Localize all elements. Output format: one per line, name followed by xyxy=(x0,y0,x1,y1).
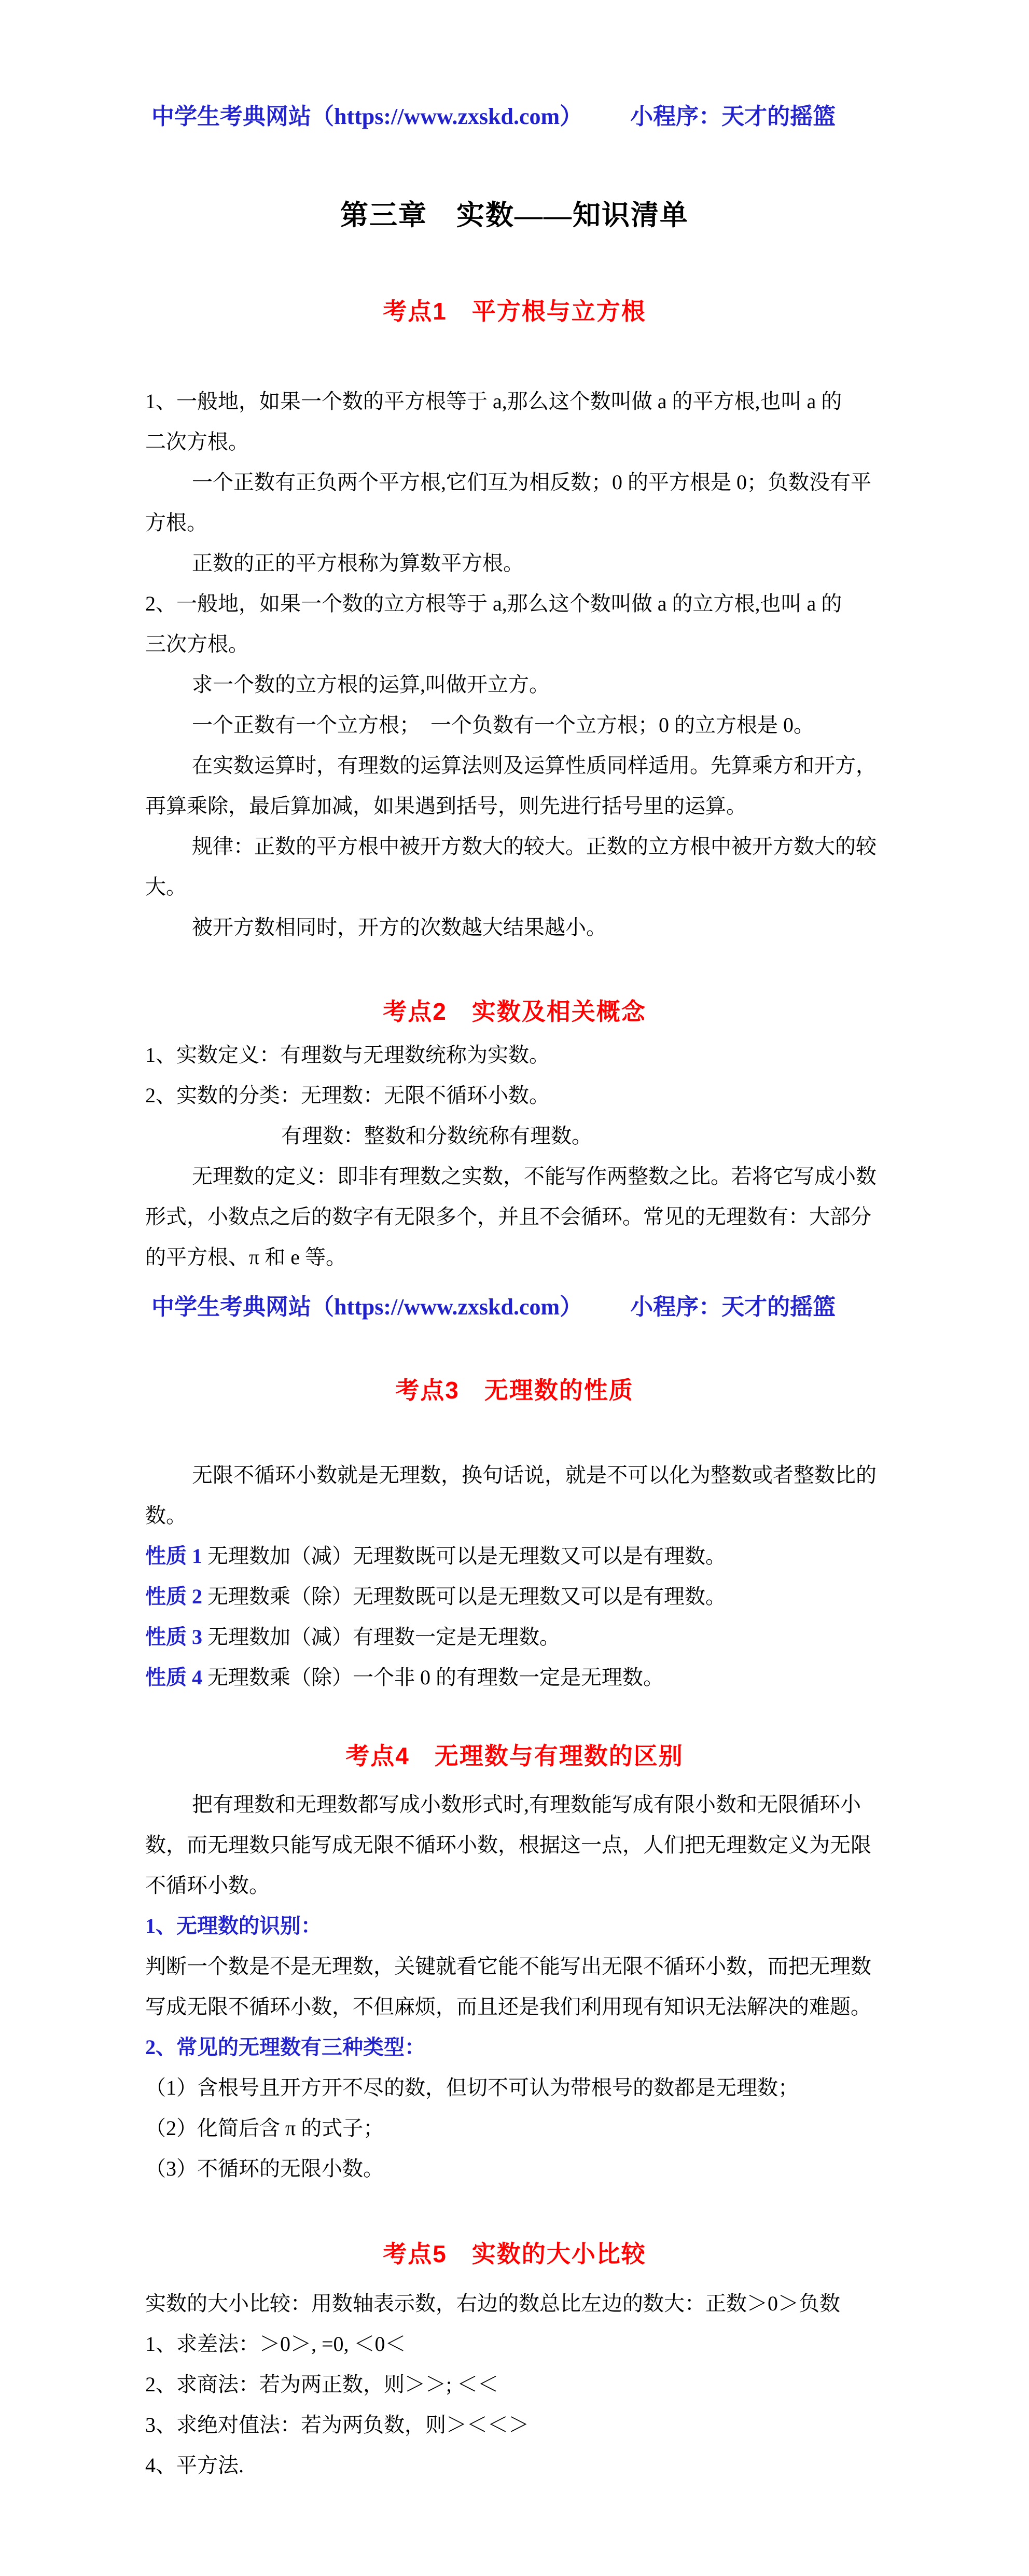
text-line: （3）不循环的无限小数。 xyxy=(145,2146,910,2187)
site-header: 中学生考典网站（https://www.zxskd.com） 小程序：天才的摇篮 xyxy=(0,99,1029,135)
body-text: 4、平方法. xyxy=(145,2449,244,2478)
body-text: （2）化简后含 π 的式子； xyxy=(145,2112,384,2141)
body-text: 无理数加（减）有理数一定是无理数。 xyxy=(202,1621,560,1650)
body-text: 无理数加（减）无理数既可以是无理数又可以是有理数。 xyxy=(202,1540,726,1569)
text-line: 一个正数有一个立方根； 一个负数有一个立方根；0 的立方根是 0。 xyxy=(145,703,910,743)
body-text: 把有理数和无理数都写成小数形式时,有理数能写成有限小数和无限循环小 xyxy=(192,1788,861,1818)
body-text: 2、实数的分类：无理数：无限不循环小数。 xyxy=(145,1079,550,1109)
body-text: 判断一个数是不是无理数，关键就看它能不能写出无限不循环小数，而把无理数 xyxy=(145,1950,871,1979)
highlight-text: 性质 2 xyxy=(145,1580,202,1610)
text-line: 2、实数的分类：无理数：无限不循环小数。 xyxy=(145,1073,910,1114)
text-line: 实数的大小比较：用数轴表示数，右边的数总比左边的数大：正数＞0＞负数 xyxy=(145,2281,910,2322)
text-line: 性质 4 无理数乘（除）一个非 0 的有理数一定是无理数。 xyxy=(145,1655,910,1696)
body-text: 有理数：整数和分数统称有理数。 xyxy=(281,1119,592,1149)
heading-kaodian-5: 考点5 实数的大小比较 xyxy=(0,2233,1029,2275)
text-line: 1、实数定义：有理数与无理数统称为实数。 xyxy=(145,1033,910,1073)
text-line: 1、求差法：＞0＞, =0, ＜0＜ xyxy=(145,2322,910,2362)
mini-program-label: 小程序：天才的摇篮 xyxy=(630,1289,836,1325)
body-text: 数。 xyxy=(145,1499,187,1529)
body-text: 的平方根、π 和 e 等。 xyxy=(145,1241,346,1270)
highlight-text: 性质 3 xyxy=(145,1621,202,1650)
text-line: 不循环小数。 xyxy=(145,1863,910,1904)
body-text: （3）不循环的无限小数。 xyxy=(145,2152,384,2182)
page-title: 第三章 实数——知识清单 xyxy=(0,193,1029,238)
heading-kaodian-3: 考点3 无理数的性质 xyxy=(0,1369,1029,1411)
text-line: 再算乘除，最后算加减，如果遇到括号，则先进行括号里的运算。 xyxy=(145,784,910,824)
site-url-link[interactable]: 中学生考典网站（https://www.zxskd.com） xyxy=(151,99,582,135)
text-line: 3、求绝对值法：若为两负数，则＞＜＜＞ xyxy=(145,2403,910,2443)
body-text: 一个正数有一个立方根； 一个负数有一个立方根；0 的立方根是 0。 xyxy=(192,709,814,738)
text-line: 在实数运算时，有理数的运算法则及运算性质同样适用。先算乘方和开方， xyxy=(145,743,910,784)
section-kaodian-5-body: 实数的大小比较：用数轴表示数，右边的数总比左边的数大：正数＞0＞负数1、求差法：… xyxy=(0,2281,1029,2484)
heading-kaodian-2: 考点2 实数及相关概念 xyxy=(0,991,1029,1032)
text-line: 有理数：整数和分数统称有理数。 xyxy=(145,1114,910,1154)
section-kaodian-2-body: 1、实数定义：有理数与无理数统称为实数。2、实数的分类：无理数：无限不循环小数。… xyxy=(0,1033,1029,1276)
text-line: 性质 1 无理数加（减）无理数既可以是无理数又可以是有理数。 xyxy=(145,1534,910,1574)
body-text: 写成无限不循环小数，不但麻烦，而且还是我们利用现有知识无法解决的难题。 xyxy=(145,1990,871,2020)
text-line: 写成无限不循环小数，不但麻烦，而且还是我们利用现有知识无法解决的难题。 xyxy=(145,1985,910,2025)
body-text: （1）含根号且开方开不尽的数，但切不可认为带根号的数都是无理数； xyxy=(145,2071,799,2101)
highlight-text: 1、无理数的识别： xyxy=(145,1909,322,1939)
heading-kaodian-4: 考点4 无理数与有理数的区别 xyxy=(0,1735,1029,1777)
body-text: 实数的大小比较：用数轴表示数，右边的数总比左边的数大：正数＞0＞负数 xyxy=(145,2287,840,2317)
text-line: 把有理数和无理数都写成小数形式时,有理数能写成有限小数和无限循环小 xyxy=(145,1782,910,1823)
body-text: 形式，小数点之后的数字有无限多个，并且不会循环。常见的无理数有：大部分 xyxy=(145,1200,871,1230)
text-line: 无限不循环小数就是无理数，换句话说，就是不可以化为整数或者整数比的 xyxy=(145,1453,910,1493)
highlight-text: 性质 4 xyxy=(145,1661,202,1691)
body-text: 大。 xyxy=(145,870,187,900)
text-line: 数。 xyxy=(145,1493,910,1534)
text-line: 2、求商法：若为两正数，则＞＞; ＜＜ xyxy=(145,2362,910,2403)
body-text: 无限不循环小数就是无理数，换句话说，就是不可以化为整数或者整数比的 xyxy=(192,1459,877,1488)
highlight-text: 性质 1 xyxy=(145,1540,202,1569)
body-text: 数，而无理数只能写成无限不循环小数，根据这一点，人们把无理数定义为无限 xyxy=(145,1829,871,1858)
body-text: 1、实数定义：有理数与无理数统称为实数。 xyxy=(145,1038,550,1068)
text-line: 方根。 xyxy=(145,501,910,541)
text-line: 1、一般地，如果一个数的平方根等于 a,那么这个数叫做 a 的平方根,也叫 a … xyxy=(145,379,910,420)
text-line: 1、无理数的识别： xyxy=(145,1904,910,1944)
body-text: 2、一般地，如果一个数的立方根等于 a,那么这个数叫做 a 的立方根,也叫 a … xyxy=(145,587,842,617)
text-line: 二次方根。 xyxy=(145,420,910,460)
heading-kaodian-1: 考点1 平方根与立方根 xyxy=(0,290,1029,332)
text-line: 2、常见的无理数有三种类型： xyxy=(145,2025,910,2066)
text-line: 大。 xyxy=(145,865,910,905)
text-line: 4、平方法. xyxy=(145,2443,910,2484)
body-text: 无理数乘（除）无理数既可以是无理数又可以是有理数。 xyxy=(202,1580,726,1610)
text-line: 三次方根。 xyxy=(145,622,910,662)
body-text: 无理数乘（除）一个非 0 的有理数一定是无理数。 xyxy=(202,1661,664,1691)
text-line: （1）含根号且开方开不尽的数，但切不可认为带根号的数都是无理数； xyxy=(145,2066,910,2106)
text-line: 的平方根、π 和 e 等。 xyxy=(145,1235,910,1276)
body-text: 求一个数的立方根的运算,叫做开立方。 xyxy=(192,668,550,698)
text-line: 判断一个数是不是无理数，关键就看它能不能写出无限不循环小数，而把无理数 xyxy=(145,1944,910,1985)
text-line: 无理数的定义：即非有理数之实数，不能写作两整数之比。若将它写成小数 xyxy=(145,1154,910,1195)
body-text: 在实数运算时，有理数的运算法则及运算性质同样适用。先算乘方和开方， xyxy=(192,749,877,779)
section-kaodian-3-body: 无限不循环小数就是无理数，换句话说，就是不可以化为整数或者整数比的数。性质 1 … xyxy=(0,1453,1029,1696)
body-text: 1、求差法：＞0＞, =0, ＜0＜ xyxy=(145,2328,406,2357)
section-kaodian-1-body: 1、一般地，如果一个数的平方根等于 a,那么这个数叫做 a 的平方根,也叫 a … xyxy=(0,379,1029,946)
body-text: 3、求绝对值法：若为两负数，则＞＜＜＞ xyxy=(145,2408,529,2438)
body-text: 1、一般地，如果一个数的平方根等于 a,那么这个数叫做 a 的平方根,也叫 a … xyxy=(145,385,842,414)
text-line: 求一个数的立方根的运算,叫做开立方。 xyxy=(145,662,910,703)
text-line: 被开方数相同时，开方的次数越大结果越小。 xyxy=(145,905,910,946)
site-header-repeat: 中学生考典网站（https://www.zxskd.com） 小程序：天才的摇篮 xyxy=(0,1289,1029,1325)
text-line: 形式，小数点之后的数字有无限多个，并且不会循环。常见的无理数有：大部分 xyxy=(145,1195,910,1235)
body-text: 2、求商法：若为两正数，则＞＞; ＜＜ xyxy=(145,2368,498,2398)
text-line: 一个正数有正负两个平方根,它们互为相反数；0 的平方根是 0；负数没有平 xyxy=(145,460,910,501)
text-line: 性质 2 无理数乘（除）无理数既可以是无理数又可以是有理数。 xyxy=(145,1574,910,1615)
text-line: 性质 3 无理数加（减）有理数一定是无理数。 xyxy=(145,1615,910,1655)
document-page: { "page": {"width": 1984, "height": 4966… xyxy=(0,0,1029,2576)
body-text: 方根。 xyxy=(145,506,207,536)
body-text: 规律：正数的平方根中被开方数大的较大。正数的立方根中被开方数大的较 xyxy=(192,830,877,860)
text-line: 规律：正数的平方根中被开方数大的较大。正数的立方根中被开方数大的较 xyxy=(145,824,910,865)
text-line: 数，而无理数只能写成无限不循环小数，根据这一点，人们把无理数定义为无限 xyxy=(145,1823,910,1863)
body-text: 二次方根。 xyxy=(145,425,249,455)
body-text: 再算乘除，最后算加减，如果遇到括号，则先进行括号里的运算。 xyxy=(145,790,747,819)
body-text: 正数的正的平方根称为算数平方根。 xyxy=(192,547,524,576)
mini-program-label: 小程序：天才的摇篮 xyxy=(630,99,836,135)
body-text: 无理数的定义：即非有理数之实数，不能写作两整数之比。若将它写成小数 xyxy=(192,1160,877,1189)
body-text: 被开方数相同时，开方的次数越大结果越小。 xyxy=(192,911,607,940)
text-line: 2、一般地，如果一个数的立方根等于 a,那么这个数叫做 a 的立方根,也叫 a … xyxy=(145,581,910,622)
site-url-link[interactable]: 中学生考典网站（https://www.zxskd.com） xyxy=(151,1289,582,1325)
section-kaodian-4-body: 把有理数和无理数都写成小数形式时,有理数能写成有限小数和无限循环小数，而无理数只… xyxy=(0,1782,1029,2187)
body-text: 一个正数有正负两个平方根,它们互为相反数；0 的平方根是 0；负数没有平 xyxy=(192,466,871,495)
text-line: 正数的正的平方根称为算数平方根。 xyxy=(145,541,910,581)
body-text: 不循环小数。 xyxy=(145,1869,270,1899)
text-line: （2）化简后含 π 的式子； xyxy=(145,2106,910,2146)
highlight-text: 2、常见的无理数有三种类型： xyxy=(145,2031,425,2060)
body-text: 三次方根。 xyxy=(145,628,249,657)
